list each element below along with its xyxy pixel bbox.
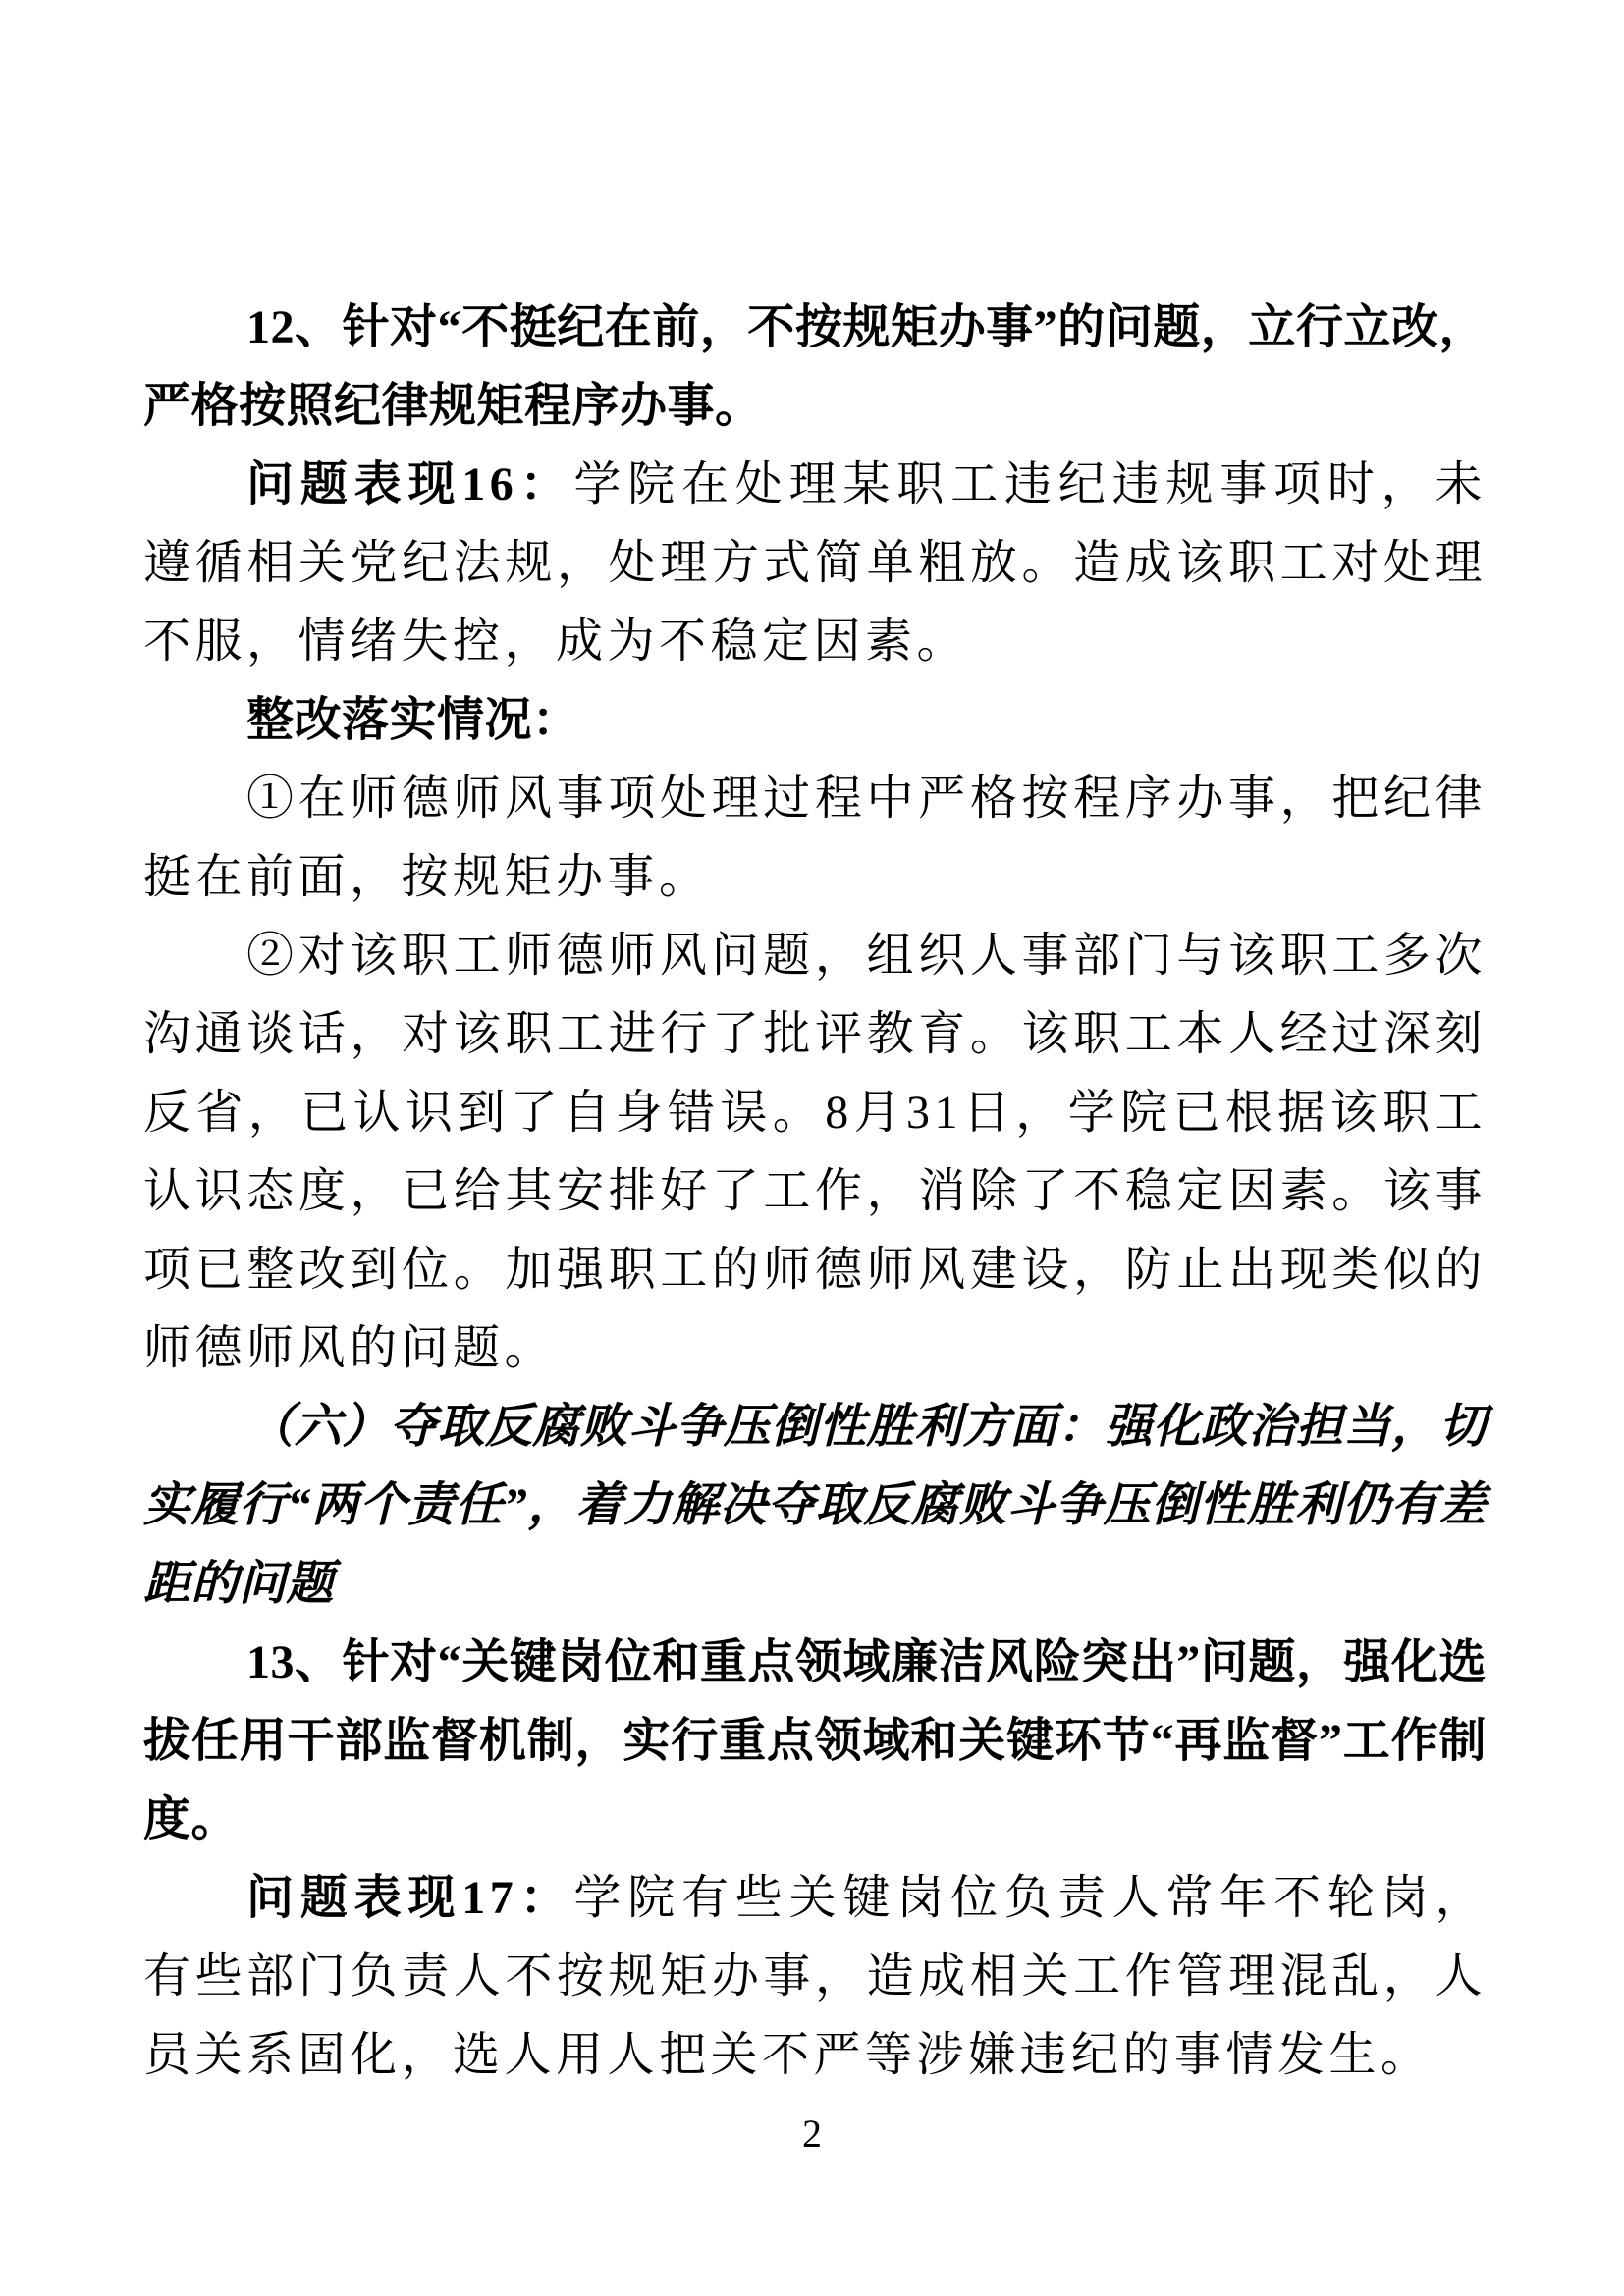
- para-section-6-heading: （六）夺取反腐败斗争压倒性胜利方面：强化政治担当，切实履行“两个责任”，着力解决…: [143, 1388, 1487, 1624]
- para-measure-13: 13、针对“关键岗位和重点领域廉洁风险突出”问题，强化选拔任用干部监督机制，实行…: [143, 1624, 1487, 1859]
- measure-13-text: 13、针对“关键岗位和重点领域廉洁风险突出”问题，强化选拔任用干部监督机制，实行…: [143, 1636, 1487, 1845]
- section-6-heading-text: （六）夺取反腐败斗争压倒性胜利方面：强化政治担当，切实履行“两个责任”，着力解决…: [143, 1401, 1487, 1610]
- para-rectify-item-2: ②对该职工师德师风问题，组织人事部门与该职工多次沟通谈话，对该职工进行了批评教育…: [143, 917, 1487, 1388]
- rectify-item-1-text: ①在师德师风事项处理过程中严格按程序办事，把纪律挺在前面，按规矩办事。: [143, 773, 1487, 903]
- document-page: 12、针对“不挺纪在前，不按规矩办事”的问题，立行立改，严格按照纪律规矩程序办事…: [0, 0, 1624, 2296]
- para-problem-16: 问题表现16：学院在处理某职工违纪违规事项时，未遵循相关党纪法规，处理方式简单粗…: [143, 446, 1487, 681]
- para-problem-17: 问题表现17：学院有些关键岗位负责人常年不轮岗，有些部门负责人不按规矩办事，造成…: [143, 1859, 1487, 2095]
- problem-17-label: 问题表现17：: [246, 1872, 573, 1924]
- para-measure-12: 12、针对“不挺纪在前，不按规矩办事”的问题，立行立改，严格按照纪律规矩程序办事…: [143, 289, 1487, 446]
- rectification-status-label: 整改落实情况：: [246, 694, 580, 746]
- rectify-item-2-text: ②对该职工师德师风问题，组织人事部门与该职工多次沟通谈话，对该职工进行了批评教育…: [143, 930, 1487, 1374]
- problem-16-label: 问题表现16：: [246, 458, 573, 510]
- para-rectify-item-1: ①在师德师风事项处理过程中严格按程序办事，把纪律挺在前面，按规矩办事。: [143, 760, 1487, 917]
- para-rectification-status: 整改落实情况：: [143, 681, 1487, 760]
- page-number: 2: [0, 2112, 1624, 2156]
- document-body: 12、针对“不挺纪在前，不按规矩办事”的问题，立行立改，严格按照纪律规矩程序办事…: [143, 289, 1487, 2095]
- measure-12-text: 12、针对“不挺纪在前，不按规矩办事”的问题，立行立改，严格按照纪律规矩程序办事…: [143, 301, 1487, 432]
